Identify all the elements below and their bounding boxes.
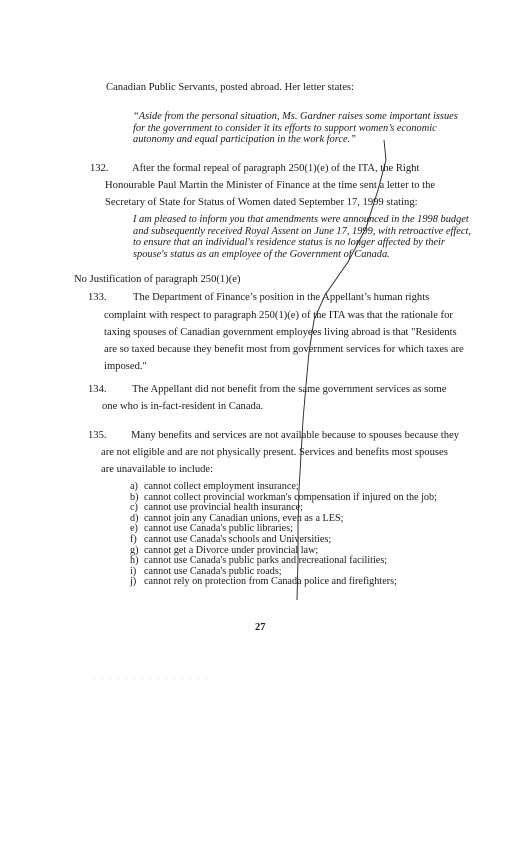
paragraph-133-line: The Department of Finance’s position in … — [133, 289, 429, 307]
paragraph-135-line: are unavailable to include: — [101, 461, 213, 479]
paragraph-132-line: Honourable Paul Martin the Minister of F… — [105, 177, 435, 195]
quote-line: to ensure that an individual's residence… — [133, 237, 471, 249]
unavailable-services-list: a)cannot collect employment insurance; b… — [130, 482, 437, 588]
paragraph-number-135: 135. — [88, 427, 107, 445]
paragraph-133-line: complaint with respect to paragraph 250(… — [104, 307, 453, 325]
paragraph-133-line: are so taxed because they benefit most f… — [104, 341, 464, 359]
list-item: f)cannot use Canada's schools and Univer… — [130, 535, 437, 546]
quote-line: for the government to consider it its ef… — [133, 123, 458, 135]
scan-artifact-dots — [90, 677, 210, 679]
quote-line: “Aside from the personal situation, Ms. … — [133, 111, 458, 123]
quote-line: spouse's status as an employee of the Go… — [133, 249, 471, 261]
paragraph-132-line: Secretary of State for Status of Women d… — [105, 194, 418, 212]
paragraph-134-line: The Appellant did not benefit from the s… — [132, 381, 447, 399]
paragraph-133-line: imposed." — [104, 358, 147, 376]
paragraph-132-line: After the formal repeal of paragraph 250… — [132, 160, 419, 178]
paragraph-number-133: 133. — [88, 289, 107, 307]
intro-line: Canadian Public Servants, posted abroad.… — [106, 79, 354, 97]
list-item: a)cannot collect employment insurance; — [130, 482, 437, 493]
paragraph-number-134: 134. — [88, 381, 107, 399]
paragraph-134-line: one who is in-fact-resident in Canada. — [102, 398, 263, 416]
paragraph-135-line: are not eligible and are not physically … — [101, 444, 448, 462]
quote-gardner: “Aside from the personal situation, Ms. … — [133, 111, 458, 146]
paragraph-133-line: taxing spouses of Canadian government em… — [104, 324, 457, 342]
document-page: Canadian Public Servants, posted abroad.… — [0, 0, 531, 863]
page-number: 27 — [255, 622, 266, 633]
quote-line: autonomy and equal participation in the … — [133, 134, 458, 146]
paragraph-135-line: Many benefits and services are not avail… — [131, 427, 459, 445]
quote-martin: I am pleased to inform you that amendmen… — [133, 214, 471, 260]
quote-line: I am pleased to inform you that amendmen… — [133, 214, 471, 226]
paragraph-number-132: 132. — [90, 160, 109, 178]
quote-line: and subsequently received Royal Assent o… — [133, 226, 471, 238]
list-item: j)cannot rely on protection from Canada … — [130, 577, 437, 588]
section-heading: No Justification of paragraph 250(1)(e) — [74, 271, 241, 289]
